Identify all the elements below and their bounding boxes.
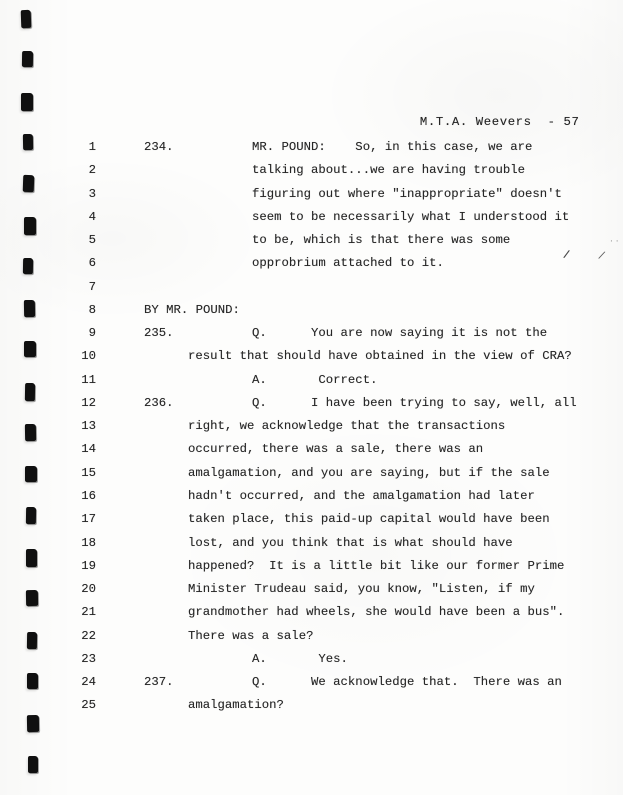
question-number: 236. bbox=[144, 392, 174, 415]
line-text: figuring out where "inappropriate" doesn… bbox=[252, 183, 562, 206]
transcript-line: 17 taken place, this paid-up capital wou… bbox=[0, 508, 623, 531]
binding-hole-mark bbox=[28, 756, 38, 773]
line-number: 24 bbox=[70, 671, 96, 694]
transcript-line: 10 result that should have obtained in t… bbox=[0, 345, 623, 368]
transcript-line: 16 hadn't occurred, and the amalgamation… bbox=[0, 485, 623, 508]
line-text: grandmother had wheels, she would have b… bbox=[188, 601, 564, 624]
line-text: talking about...we are having trouble bbox=[252, 159, 525, 182]
transcript-line: 8 BY MR. POUND: bbox=[0, 299, 623, 322]
line-text: occurred, there was a sale, there was an bbox=[188, 438, 483, 461]
line-text: opprobrium attached to it. bbox=[252, 252, 444, 275]
line-number: 13 bbox=[70, 415, 96, 438]
line-text: Q. I have been trying to say, well, all bbox=[252, 392, 577, 415]
line-text: seem to be necessarily what I understood… bbox=[252, 206, 569, 229]
line-text: happened? It is a little bit like our fo… bbox=[188, 555, 564, 578]
line-text: BY MR. POUND: bbox=[144, 299, 240, 322]
line-number: 14 bbox=[70, 438, 96, 461]
line-text: There was a sale? bbox=[188, 625, 313, 648]
line-number: 21 bbox=[70, 601, 96, 624]
binding-hole-mark bbox=[21, 10, 32, 28]
transcript-line: 21 grandmother had wheels, she would hav… bbox=[0, 601, 623, 624]
line-number: 12 bbox=[70, 392, 96, 415]
line-text: A. Yes. bbox=[252, 648, 348, 671]
line-number: 11 bbox=[70, 369, 96, 392]
transcript-line: 5 to be, which is that there was some bbox=[0, 229, 623, 252]
line-text: amalgamation, and you are saying, but if… bbox=[188, 462, 550, 485]
line-number: 15 bbox=[70, 462, 96, 485]
transcript-line: 25 amalgamation? bbox=[0, 694, 623, 717]
transcript-line: 6 opprobrium attached to it. bbox=[0, 252, 623, 275]
line-text: amalgamation? bbox=[188, 694, 284, 717]
binding-hole-mark bbox=[22, 51, 33, 67]
transcript-line: 18 lost, and you think that is what shou… bbox=[0, 532, 623, 555]
transcript-line: 2 talking about...we are having trouble bbox=[0, 159, 623, 182]
transcript-line: 20 Minister Trudeau said, you know, "Lis… bbox=[0, 578, 623, 601]
line-number: 16 bbox=[70, 485, 96, 508]
transcript-body: 1 234. MR. POUND: So, in this case, we a… bbox=[0, 136, 623, 718]
line-text: taken place, this paid-up capital would … bbox=[188, 508, 550, 531]
transcript-line: 19 happened? It is a little bit like our… bbox=[0, 555, 623, 578]
line-number: 25 bbox=[70, 694, 96, 717]
question-number: 234. bbox=[144, 136, 174, 159]
transcript-line: 11 A. Correct. bbox=[0, 369, 623, 392]
line-number: 10 bbox=[70, 345, 96, 368]
line-number: 3 bbox=[70, 183, 96, 206]
question-number: 237. bbox=[144, 671, 174, 694]
transcript-line: 7 bbox=[0, 276, 623, 299]
line-number: 8 bbox=[70, 299, 96, 322]
transcript-line: 12 236. Q. I have been trying to say, we… bbox=[0, 392, 623, 415]
line-text: to be, which is that there was some bbox=[252, 229, 510, 252]
line-text: lost, and you think that is what should … bbox=[188, 532, 513, 555]
line-number: 6 bbox=[70, 252, 96, 275]
line-text: Q. We acknowledge that. There was an bbox=[252, 671, 562, 694]
transcript-line: 13 right, we acknowledge that the transa… bbox=[0, 415, 623, 438]
transcript-line: 3 figuring out where "inappropriate" doe… bbox=[0, 183, 623, 206]
line-text: right, we acknowledge that the transacti… bbox=[188, 415, 505, 438]
line-number: 17 bbox=[70, 508, 96, 531]
line-text: A. Correct. bbox=[252, 369, 377, 392]
transcript-line: 4 seem to be necessarily what I understo… bbox=[0, 206, 623, 229]
line-text: hadn't occurred, and the amalgamation ha… bbox=[188, 485, 535, 508]
line-number: 22 bbox=[70, 625, 96, 648]
line-text: result that should have obtained in the … bbox=[188, 345, 572, 368]
line-number: 5 bbox=[70, 229, 96, 252]
line-number: 18 bbox=[70, 532, 96, 555]
transcript-line: 22 There was a sale? bbox=[0, 625, 623, 648]
line-number: 9 bbox=[70, 322, 96, 345]
line-number: 7 bbox=[70, 276, 96, 299]
binding-hole-mark bbox=[21, 93, 33, 111]
line-number: 2 bbox=[70, 159, 96, 182]
line-number: 20 bbox=[70, 578, 96, 601]
transcript-line: 14 occurred, there was a sale, there was… bbox=[0, 438, 623, 461]
transcript-line: 23 A. Yes. bbox=[0, 648, 623, 671]
line-number: 23 bbox=[70, 648, 96, 671]
transcript-line: 1 234. MR. POUND: So, in this case, we a… bbox=[0, 136, 623, 159]
scanned-transcript-page: M.T.A. Weevers - 57 1 234. MR. POUND: So… bbox=[0, 0, 623, 795]
header-witness-page-label: M.T.A. Weevers - 57 bbox=[420, 115, 580, 129]
line-text: Minister Trudeau said, you know, "Listen… bbox=[188, 578, 535, 601]
transcript-line: 24 237. Q. We acknowledge that. There wa… bbox=[0, 671, 623, 694]
line-text: MR. POUND: So, in this case, we are bbox=[252, 136, 532, 159]
line-number: 4 bbox=[70, 206, 96, 229]
line-number: 1 bbox=[70, 136, 96, 159]
question-number: 235. bbox=[144, 322, 174, 345]
transcript-line: 9 235. Q. You are now saying it is not t… bbox=[0, 322, 623, 345]
line-text: Q. You are now saying it is not the bbox=[252, 322, 547, 345]
transcript-line: 15 amalgamation, and you are saying, but… bbox=[0, 462, 623, 485]
line-number: 19 bbox=[70, 555, 96, 578]
